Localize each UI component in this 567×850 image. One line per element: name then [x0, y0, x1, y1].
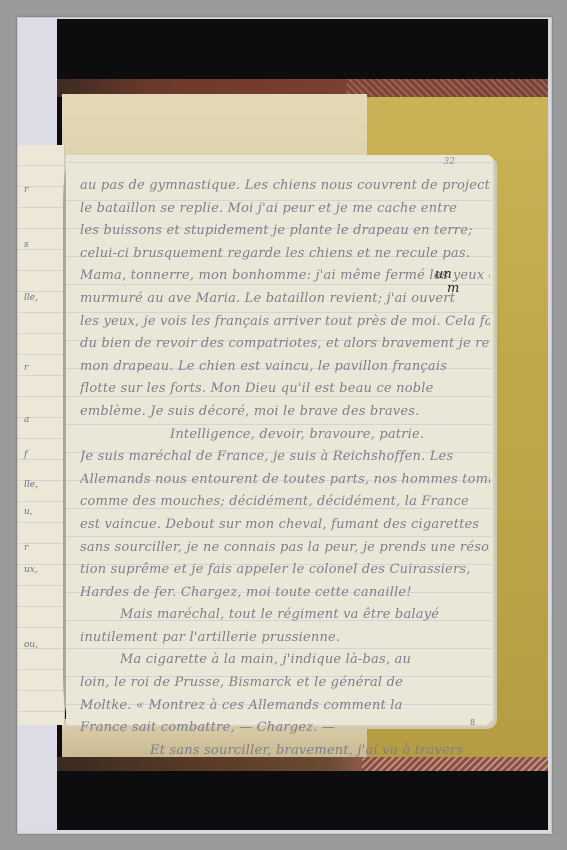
margin-note-line: un [435, 268, 459, 282]
text-line: du bien de revoir des compatriotes, et a… [80, 333, 490, 356]
margin-annotation: un m [435, 268, 459, 296]
fragment: r [24, 363, 28, 373]
fragment: r [24, 543, 28, 553]
text-line: le bataillon se replie. Moi j'ai peur et… [80, 198, 490, 221]
text-line: Je suis maréchal de France, je suis à Re… [80, 446, 490, 469]
fragment: lle, [24, 480, 38, 490]
left-facing-page: r s lle, r a f lle, u, r ux, ou, [18, 145, 65, 725]
text-line: emblème. Je suis décoré, moi le brave de… [80, 401, 490, 424]
text-line: mon drapeau. Le chien est vaincu, le pav… [80, 356, 490, 379]
margin-note-line: m [435, 282, 459, 296]
text-line: Mama, tonnerre, mon bonhomme: j'ai même … [80, 265, 490, 288]
binding-fray [347, 79, 548, 97]
text-line: Ma cigarette à la main, j'indique là-bas… [80, 649, 490, 672]
text-line: Intelligence, devoir, bravoure, patrie. [80, 424, 490, 447]
fragment: ou, [24, 640, 38, 650]
text-line: est vaincue. Debout sur mon cheval, fuma… [80, 514, 490, 537]
text-line: tion suprême et je fais appeler le colon… [80, 559, 490, 582]
text-line: Et sans sourciller, bravement, j'ai vu à… [80, 740, 490, 763]
text-line: comme des mouches; décidément, décidémen… [80, 491, 490, 514]
text-line: les buissons et stupidement je plante le… [80, 220, 490, 243]
manuscript-page: 32 au pas de gymnastique. Les chiens nou… [66, 155, 493, 725]
text-line: les yeux, je vois les français arriver t… [80, 311, 490, 334]
text-line: Hardes de fer. Chargez, moi toute cette … [80, 582, 490, 605]
text-line: France sait combattre, — Chargez. — [80, 717, 490, 740]
text-line: Mais maréchal, tout le régiment va être … [80, 604, 490, 627]
text-line: Moltke. « Montrez à ces Allemands commen… [80, 695, 490, 718]
handwritten-text: au pas de gymnastique. Les chiens nous c… [80, 175, 490, 762]
fragment: f [24, 450, 27, 460]
fragment: u, [24, 507, 33, 517]
text-line: sans sourciller, je ne connais pas la pe… [80, 537, 490, 560]
text-line: inutilement par l'artillerie prussienne. [80, 627, 490, 650]
fragment: ux, [24, 565, 38, 575]
fragment: r [24, 185, 28, 195]
corner-mark: 8 [470, 718, 475, 727]
left-page-fragments: r s lle, r a f lle, u, r ux, ou, [22, 145, 62, 725]
page-number: 32 [444, 157, 455, 167]
text-line: celui-ci brusquement regarde les chiens … [80, 243, 490, 266]
fragment: a [24, 415, 29, 425]
text-line: au pas de gymnastique. Les chiens nous c… [80, 175, 490, 198]
fragment: lle, [24, 293, 38, 303]
text-line: Allemands nous entourent de toutes parts… [80, 469, 490, 492]
text-line: murmuré au ave Maria. Le bataillon revie… [80, 288, 490, 311]
text-line: flotte sur les forts. Mon Dieu qu'il est… [80, 378, 490, 401]
fragment: s [24, 240, 29, 250]
text-line: loin, le roi de Prusse, Bismarck et le g… [80, 672, 490, 695]
